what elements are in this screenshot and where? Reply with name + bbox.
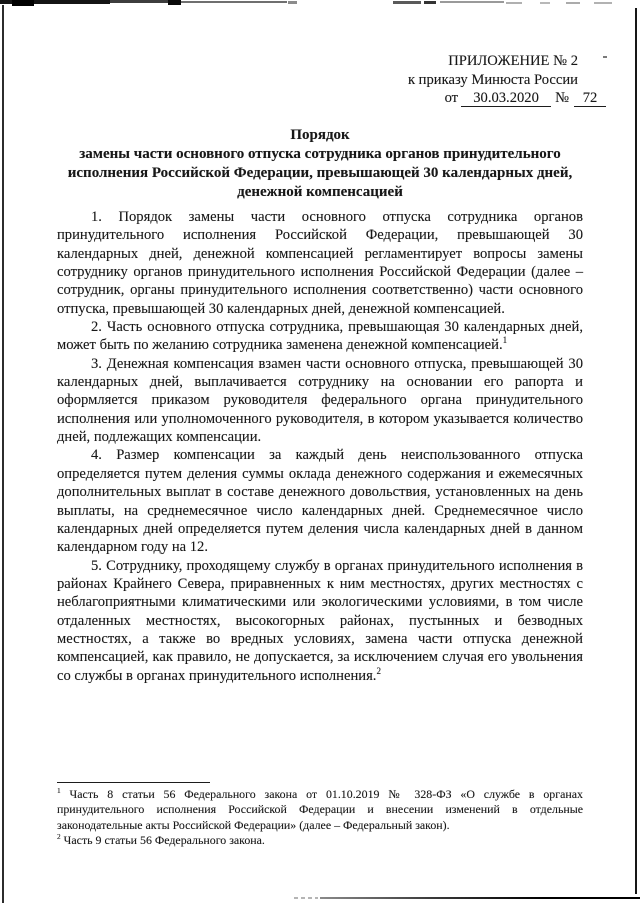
footnote-ref-2: 2 [376, 666, 381, 676]
document-title-subject: замены части основного отпуска сотрудник… [57, 145, 583, 202]
order-number-value: 72 [574, 90, 606, 107]
scan-edge-artifact [424, 1, 436, 4]
scan-edge-artifact [393, 1, 421, 4]
paragraph-4-text: 4. Размер компенсации за каждый день неи… [57, 447, 583, 555]
scan-edge-artifact [506, 2, 522, 4]
paragraph-5-text: 5. Сотруднику, проходящему службу в орга… [57, 558, 583, 684]
footnote-ref-1: 1 [503, 336, 508, 346]
footnote-2-text: Часть 9 статьи 56 Федерального закона. [61, 833, 265, 847]
scan-edge-artifact [168, 0, 181, 5]
scan-edge-artifact [594, 2, 612, 4]
document-body: 1. Порядок замены части основного отпуск… [57, 208, 583, 685]
scan-edge-bottom [320, 897, 640, 899]
paragraph-5: 5. Сотруднику, проходящему службу в орга… [57, 557, 583, 685]
footnote-2: 2 Часть 9 статьи 56 Федерального закона. [57, 833, 583, 848]
paragraph-4: 4. Размер компенсации за каждый день неи… [57, 446, 583, 556]
paragraph-1: 1. Порядок замены части основного отпуск… [57, 208, 583, 318]
scan-edge-left [2, 5, 4, 903]
appendix-number-line: ПРИЛОЖЕНИЕ № 2 [408, 52, 578, 71]
document-title: Порядок замены части основного отпуска с… [57, 126, 583, 202]
scan-edge-bottom-dashes [294, 897, 318, 899]
paragraph-2: 2. Часть основного отпуска сотрудника, п… [57, 318, 583, 355]
order-date-value: 30.03.2020 [461, 90, 551, 107]
order-reference-line: к приказу Минюста России [408, 71, 578, 90]
order-date-number-line: от30.03.2020№72 [408, 89, 606, 108]
scan-edge-artifact [540, 2, 550, 4]
paragraph-3: 3. Денежная компенсация взамен части осн… [57, 355, 583, 447]
date-label: от [445, 90, 458, 106]
scan-edge-artifact [566, 2, 580, 4]
scan-edge-artifact [110, 0, 170, 3]
paragraph-1-text: 1. Порядок замены части основного отпуск… [57, 209, 583, 317]
number-label: № [555, 90, 569, 106]
footnote-1-text: Часть 8 статьи 56 Федерального закона от… [57, 787, 583, 832]
footnote-separator-rule [57, 782, 210, 783]
scan-edge-artifact [12, 0, 34, 6]
appendix-header: ПРИЛОЖЕНИЕ № 2 к приказу Минюста России … [408, 52, 606, 108]
scan-edge-artifact [288, 1, 297, 4]
footnote-1: 1 Часть 8 статьи 56 Федерального закона … [57, 787, 583, 833]
document-title-word: Порядок [57, 126, 583, 145]
scan-edge-artifact [181, 1, 287, 3]
scan-edge-artifact [440, 1, 504, 3]
footnotes-section: 1 Часть 8 статьи 56 Федерального закона … [57, 782, 583, 848]
scan-edge-right [635, 8, 637, 894]
paragraph-3-text: 3. Денежная компенсация взамен части осн… [57, 356, 583, 445]
document-page: ПРИЛОЖЕНИЕ № 2 к приказу Минюста России … [0, 0, 640, 905]
